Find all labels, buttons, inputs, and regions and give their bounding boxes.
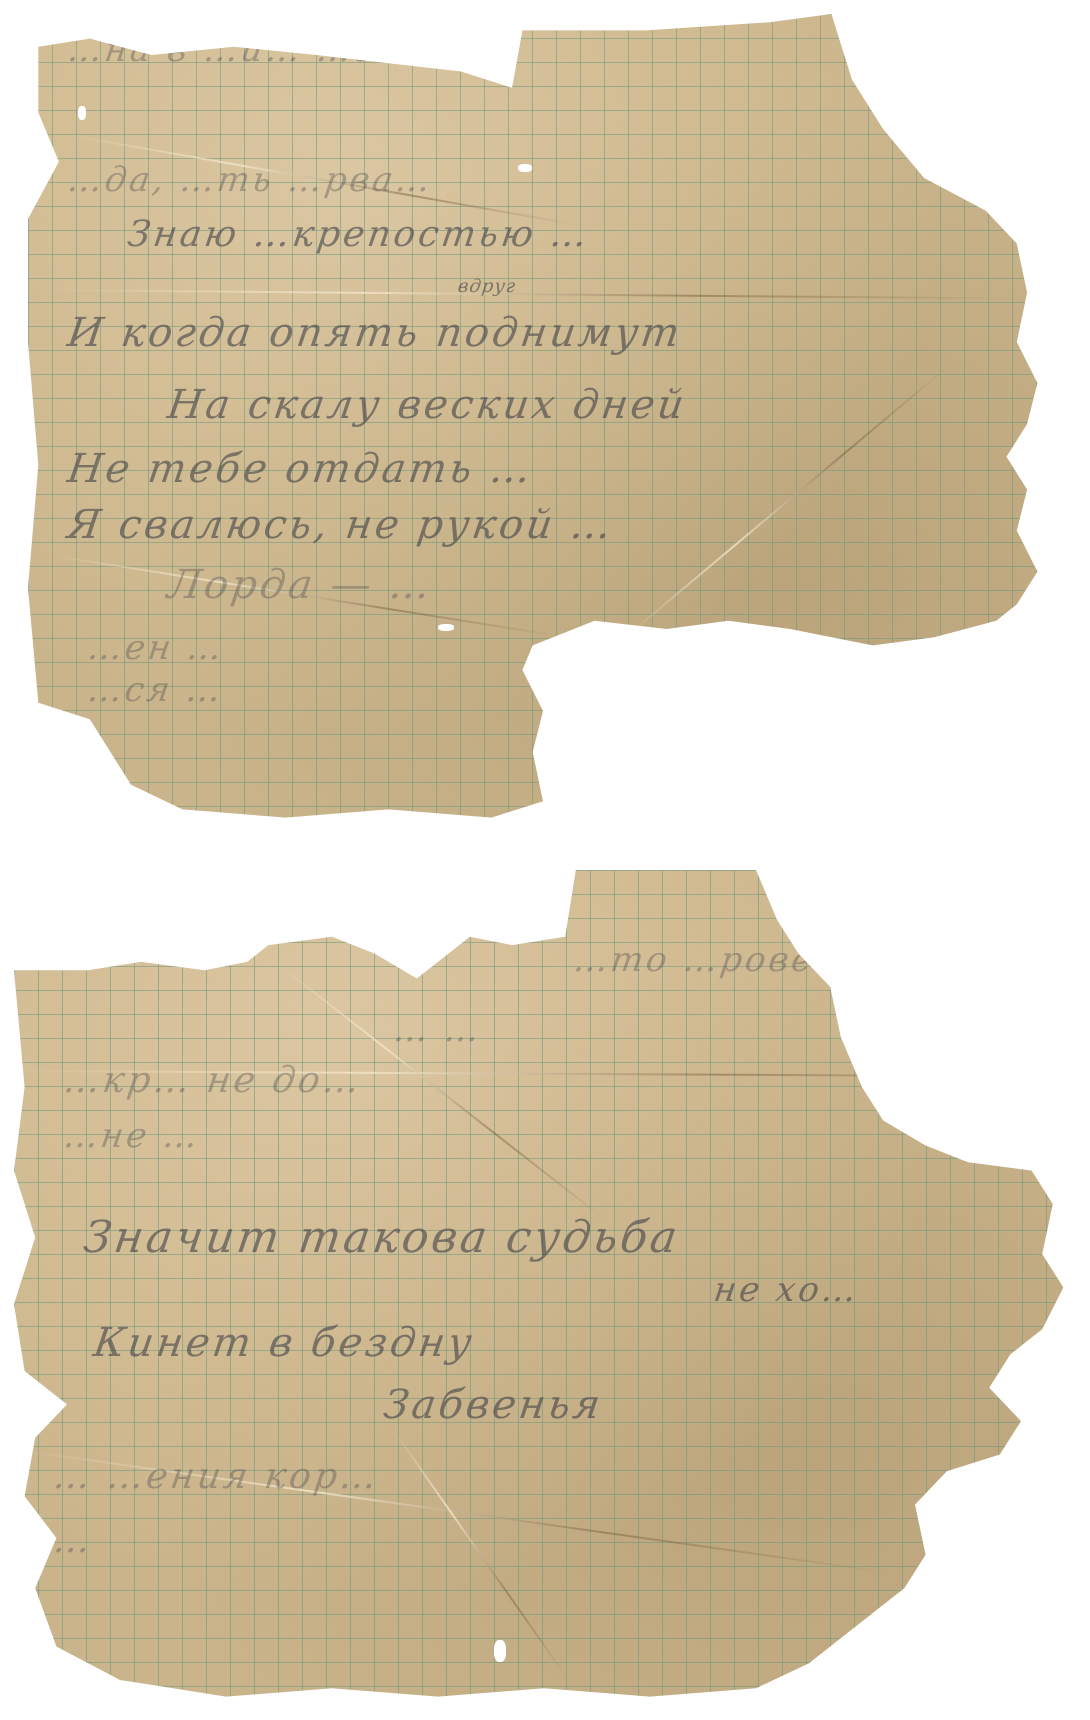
paper-fragment-bottom: …то …рове… … … …кр… не до… …не … Значит … [14, 870, 1074, 1705]
handwritten-line: … … [391, 1010, 484, 1050]
paper-crease [393, 1430, 567, 1677]
paper-hole [78, 106, 86, 120]
paper-hole [518, 164, 532, 172]
handwritten-line: И когда опять поднимут [65, 310, 686, 356]
paper-crease [38, 289, 1018, 300]
handwritten-line: Забвенья [381, 1382, 606, 1428]
handwritten-line: …ся … [85, 670, 226, 710]
handwritten-line: …не … [61, 1116, 203, 1156]
handwritten-line: Значит такова судьба [80, 1212, 683, 1263]
handwritten-line: Кинет в бездну [91, 1320, 478, 1366]
handwritten-line: … …ения кор… [51, 1456, 382, 1497]
paper-hole [494, 1640, 506, 1662]
handwritten-line: …да, …ть …рва… [65, 160, 435, 200]
handwritten-line: …то …рове… [571, 940, 854, 980]
handwritten-line: На скалу веских дней [165, 382, 690, 428]
handwritten-line: Не тебе отдать … [65, 446, 537, 492]
handwritten-line: … [51, 1520, 96, 1561]
handwritten-line: …на в …и… …ен … [65, 30, 456, 70]
handwritten-line: …ен … [85, 628, 227, 668]
handwritten-line: Лорда — … [165, 562, 436, 608]
handwritten-line: Знаю …крепостью … [125, 214, 592, 255]
handwritten-line: не хо… [711, 1270, 862, 1310]
handwritten-line: Я свалюсь, не рукой … [65, 502, 617, 548]
handwritten-insert: вдруг [457, 276, 518, 297]
paper-hole [438, 624, 454, 631]
paper-fragment-top: …на в …и… …ен … …да, …ть …рва… Знаю …кре… [28, 14, 1058, 834]
handwritten-line: …кр… не до… [61, 1060, 365, 1101]
